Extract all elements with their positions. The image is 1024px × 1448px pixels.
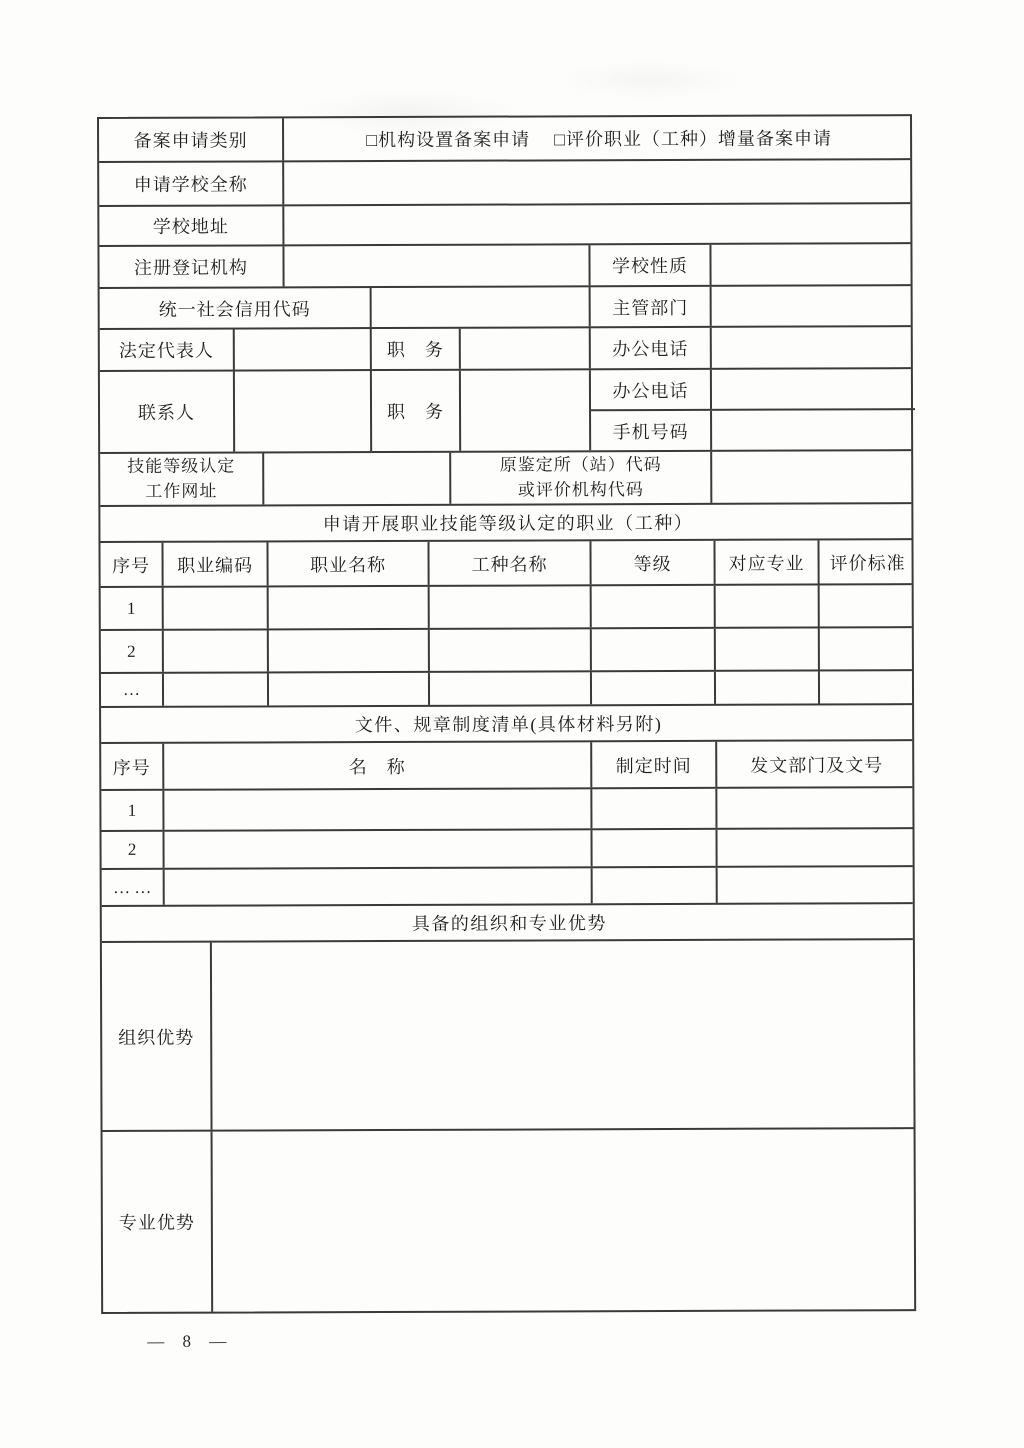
registration-authority-label: 注册登记机构 bbox=[99, 246, 284, 287]
documents-header-name: 名 称 bbox=[164, 742, 592, 788]
legal-representative-row: 法定代表人 职 务 办公电话 bbox=[100, 327, 911, 372]
school-name-input-cell[interactable] bbox=[284, 160, 914, 204]
professional-advantage-label: 专业优势 bbox=[103, 1132, 214, 1312]
filing-type-row: 备案申请类别 □机构设置备案申请 □评价职业（工种）增量备案申请 bbox=[99, 116, 910, 163]
school-nature-input-cell[interactable] bbox=[711, 244, 914, 285]
contact-person-label: 联系人 bbox=[100, 372, 235, 452]
documents-date-input-cell[interactable] bbox=[593, 868, 718, 903]
jobs-trade-input-cell[interactable] bbox=[430, 629, 592, 671]
legal-rep-office-phone-label: 办公电话 bbox=[591, 328, 712, 368]
documents-date-input-cell[interactable] bbox=[592, 830, 717, 866]
documents-row: … … bbox=[102, 867, 913, 907]
jobs-header-major: 对应专业 bbox=[715, 540, 819, 583]
credit-code-label: 统一社会信用代码 bbox=[100, 288, 372, 328]
checkbox-occupation-increment-filing[interactable]: □评价职业（工种）增量备案申请 bbox=[554, 124, 832, 151]
jobs-code-input-cell[interactable] bbox=[164, 587, 269, 628]
jobs-name-input-cell[interactable] bbox=[269, 587, 430, 629]
documents-issuer-input-cell[interactable] bbox=[717, 829, 916, 866]
credit-code-row: 统一社会信用代码 主管部门 bbox=[100, 286, 911, 330]
professional-advantage-row: 专业优势 bbox=[103, 1129, 915, 1312]
website-row: 技能等级认定 工作网址 原鉴定所（站）代码 或评价机构代码 bbox=[100, 451, 911, 507]
jobs-trade-input-cell[interactable] bbox=[430, 672, 592, 705]
jobs-standard-input-cell[interactable] bbox=[820, 585, 916, 626]
professional-advantage-input-cell[interactable] bbox=[213, 1129, 919, 1311]
filing-application-form-table: 备案申请类别 □机构设置备案申请 □评价职业（工种）增量备案申请 申请学校全称 … bbox=[97, 114, 916, 1314]
jobs-name-input-cell[interactable] bbox=[269, 673, 430, 706]
jobs-row: 1 bbox=[101, 585, 912, 631]
advantages-section-title-row: 具备的组织和专业优势 bbox=[102, 904, 913, 943]
school-address-row: 学校地址 bbox=[99, 204, 910, 247]
jobs-level-input-cell[interactable] bbox=[592, 672, 716, 704]
documents-name-input-cell[interactable] bbox=[165, 868, 593, 904]
legal-rep-duty-input-cell[interactable] bbox=[461, 328, 591, 368]
supervising-department-input-cell[interactable] bbox=[712, 286, 915, 326]
documents-header-date: 制定时间 bbox=[592, 742, 717, 787]
organization-advantage-input-cell[interactable] bbox=[212, 940, 918, 1129]
school-name-row: 申请学校全称 bbox=[99, 160, 910, 207]
jobs-name-input-cell[interactable] bbox=[269, 630, 430, 672]
jobs-seq-cell: … bbox=[101, 674, 164, 706]
contact-office-phone-label: 办公电话 bbox=[591, 370, 712, 409]
jobs-header-name: 职业名称 bbox=[268, 542, 429, 586]
school-name-label: 申请学校全称 bbox=[99, 162, 284, 205]
jobs-standard-input-cell[interactable] bbox=[820, 628, 916, 669]
contact-duty-input-cell[interactable] bbox=[461, 370, 591, 450]
jobs-section-title: 申请开展职业技能等级认定的职业（工种） bbox=[100, 504, 915, 541]
filing-type-options-cell: □机构设置备案申请 □评价职业（工种）增量备案申请 bbox=[284, 116, 914, 160]
school-address-input-cell[interactable] bbox=[284, 204, 914, 244]
jobs-major-input-cell[interactable] bbox=[716, 671, 820, 703]
school-nature-label: 学校性质 bbox=[590, 245, 711, 285]
checkbox-institution-setup-filing[interactable]: □机构设置备案申请 bbox=[366, 125, 530, 152]
jobs-level-input-cell[interactable] bbox=[592, 629, 716, 670]
scan-smudge bbox=[560, 60, 740, 100]
contact-mobile-input-cell[interactable] bbox=[712, 410, 915, 450]
supervising-department-label: 主管部门 bbox=[591, 287, 712, 326]
documents-section-title-row: 文件、规章制度清单(具体材料另附) bbox=[101, 705, 912, 744]
jobs-header-row: 序号 职业编码 职业名称 工种名称 等级 对应专业 评价标准 bbox=[100, 540, 911, 588]
school-address-label: 学校地址 bbox=[99, 206, 284, 245]
filing-type-label: 备案申请类别 bbox=[99, 118, 284, 161]
documents-name-input-cell[interactable] bbox=[164, 830, 592, 867]
documents-issuer-input-cell[interactable] bbox=[717, 788, 916, 828]
documents-seq-cell: … … bbox=[102, 870, 165, 905]
jobs-section-title-row: 申请开展职业技能等级认定的职业（工种） bbox=[100, 504, 911, 543]
jobs-header-standard: 评价标准 bbox=[819, 540, 915, 583]
contact-office-phone-input-cell[interactable] bbox=[712, 369, 915, 409]
contact-person-input-cell[interactable] bbox=[235, 371, 372, 451]
documents-row: 2 bbox=[101, 829, 912, 870]
advantages-section-title: 具备的组织和专业优势 bbox=[102, 904, 917, 941]
registration-authority-input-cell[interactable] bbox=[284, 245, 590, 286]
assessment-website-input-cell[interactable] bbox=[264, 453, 451, 505]
page-number: — 8 — bbox=[147, 1329, 916, 1352]
contact-duty-label: 职 务 bbox=[372, 371, 461, 451]
jobs-trade-input-cell[interactable] bbox=[430, 586, 592, 628]
jobs-header-trade: 工种名称 bbox=[429, 541, 591, 585]
scanned-form-page: 备案申请类别 □机构设置备案申请 □评价职业（工种）增量备案申请 申请学校全称 … bbox=[97, 114, 916, 1352]
legal-representative-input-cell[interactable] bbox=[235, 329, 372, 369]
former-station-code-label: 原鉴定所（站）代码 或评价机构代码 bbox=[451, 452, 712, 504]
legal-representative-label: 法定代表人 bbox=[100, 330, 235, 370]
documents-section-title: 文件、规章制度清单(具体材料另附) bbox=[101, 705, 916, 742]
jobs-major-input-cell[interactable] bbox=[716, 628, 820, 669]
contact-person-row: 联系人 职 务 办公电话 手机号码 bbox=[100, 369, 911, 454]
documents-issuer-input-cell[interactable] bbox=[718, 867, 917, 903]
jobs-standard-input-cell[interactable] bbox=[820, 671, 916, 703]
documents-date-input-cell[interactable] bbox=[592, 789, 717, 828]
legal-rep-duty-label: 职 务 bbox=[372, 329, 461, 369]
jobs-code-input-cell[interactable] bbox=[164, 673, 269, 705]
documents-seq-cell: 1 bbox=[101, 791, 164, 830]
contact-mobile-subrow: 手机号码 bbox=[591, 410, 915, 450]
legal-rep-office-phone-input-cell[interactable] bbox=[712, 327, 915, 368]
jobs-row: … bbox=[101, 671, 912, 708]
organization-advantage-label: 组织优势 bbox=[102, 943, 213, 1130]
jobs-code-input-cell[interactable] bbox=[164, 630, 269, 671]
documents-header-issuer: 发文部门及文号 bbox=[717, 741, 916, 787]
documents-seq-cell: 2 bbox=[101, 832, 164, 868]
documents-header-row: 序号 名 称 制定时间 发文部门及文号 bbox=[101, 741, 912, 791]
jobs-header-seq: 序号 bbox=[100, 543, 163, 586]
assessment-website-label: 技能等级认定 工作网址 bbox=[100, 453, 264, 505]
organization-advantage-row: 组织优势 bbox=[102, 940, 914, 1132]
jobs-level-input-cell[interactable] bbox=[592, 586, 716, 627]
jobs-seq-cell: 1 bbox=[101, 588, 164, 629]
jobs-major-input-cell[interactable] bbox=[716, 585, 820, 626]
documents-header-seq: 序号 bbox=[101, 744, 164, 789]
former-station-code-input-cell[interactable] bbox=[712, 451, 915, 503]
documents-name-input-cell[interactable] bbox=[164, 789, 592, 829]
jobs-seq-cell: 2 bbox=[101, 631, 164, 672]
contact-office-phone-subrow: 办公电话 bbox=[591, 369, 915, 411]
documents-row: 1 bbox=[101, 788, 912, 832]
registration-row: 注册登记机构 学校性质 bbox=[99, 244, 910, 289]
contact-mobile-label: 手机号码 bbox=[591, 411, 712, 450]
jobs-header-level: 等级 bbox=[591, 541, 715, 584]
credit-code-input-cell[interactable] bbox=[372, 287, 591, 327]
jobs-row: 2 bbox=[101, 628, 912, 674]
jobs-header-code: 职业编码 bbox=[163, 542, 268, 585]
contact-phones-subcolumn: 办公电话 手机号码 bbox=[591, 369, 915, 450]
